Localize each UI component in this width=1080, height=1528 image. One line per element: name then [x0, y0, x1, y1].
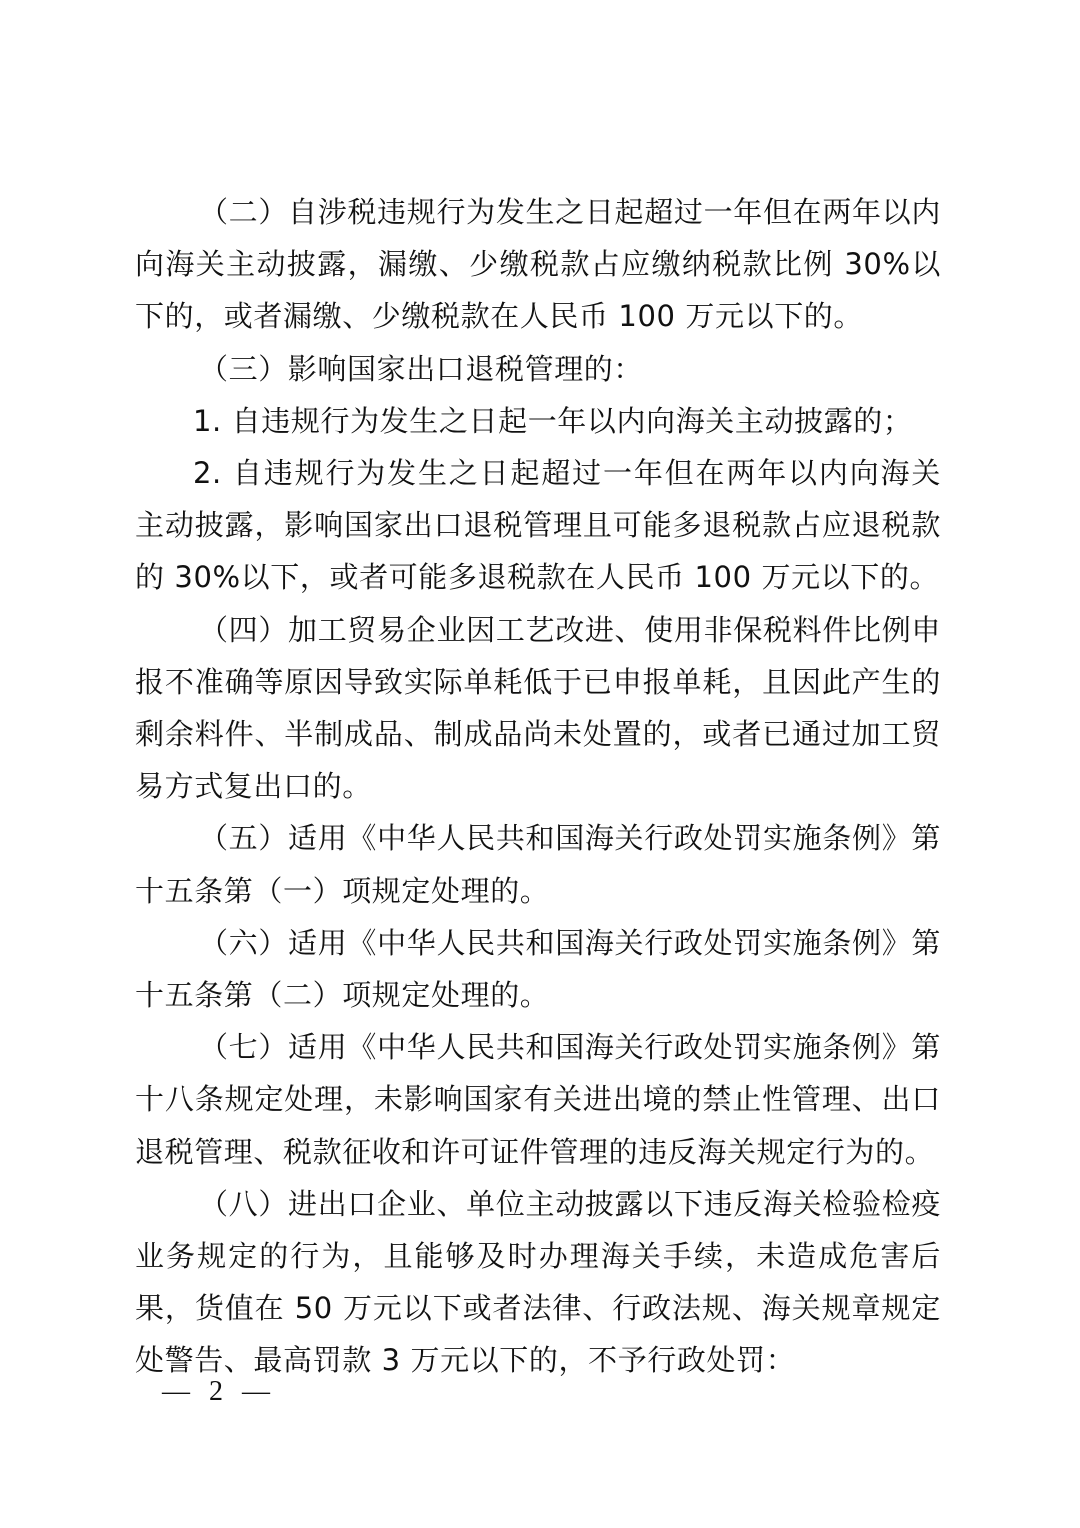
paragraph-item-8: （八）进出口企业、单位主动披露以下违反海关检验检疫业务规定的行为，且能够及时办理… — [135, 1178, 941, 1387]
document-page: （二）自涉税违规行为发生之日起超过一年但在两年以内向海关主动披露，漏缴、少缴税款… — [135, 186, 941, 1387]
page-number: — 2 — — [162, 1376, 276, 1408]
paragraph-item-2: （二）自涉税违规行为发生之日起超过一年但在两年以内向海关主动披露，漏缴、少缴税款… — [135, 186, 941, 343]
paragraph-item-7: （七）适用《中华人民共和国海关行政处罚实施条例》第十八条规定处理，未影响国家有关… — [135, 1021, 941, 1178]
paragraph-item-3-sub-2: 2. 自违规行为发生之日起超过一年但在两年以内向海关主动披露，影响国家出口退税管… — [135, 447, 941, 604]
paragraph-item-4: （四）加工贸易企业因工艺改进、使用非保税料件比例申报不准确等原因导致实际单耗低于… — [135, 604, 941, 813]
paragraph-item-5: （五）适用《中华人民共和国海关行政处罚实施条例》第十五条第（一）项规定处理的。 — [135, 812, 941, 916]
paragraph-item-6: （六）适用《中华人民共和国海关行政处罚实施条例》第十五条第（二）项规定处理的。 — [135, 917, 941, 1021]
paragraph-item-3: （三）影响国家出口退税管理的： — [135, 343, 941, 395]
paragraph-item-3-sub-1: 1. 自违规行为发生之日起一年以内向海关主动披露的； — [135, 395, 941, 447]
